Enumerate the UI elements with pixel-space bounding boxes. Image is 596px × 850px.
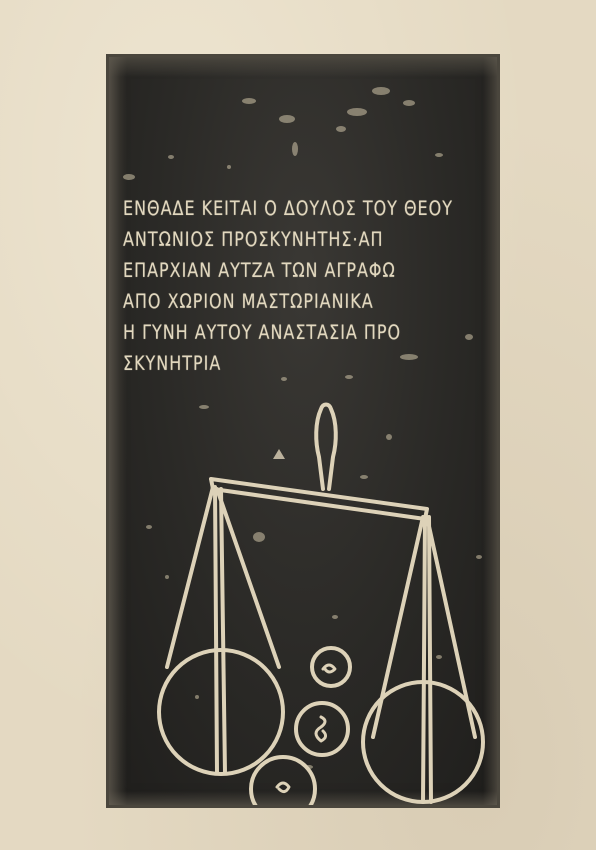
scale-beam-icon (211, 479, 427, 519)
inscribed-slab: ΕΝΘΑΔΕ ΚΕΙΤΑΙ Ο ΔΟΥΛΟΣ ΤΟΥ ΘΕΟΥ ΑΝΤΩΝΙΟΣ… (106, 54, 500, 808)
weight-circle-middle (296, 703, 348, 755)
weight-circle-bottom (251, 757, 315, 805)
left-scale-pan-icon (159, 650, 283, 774)
scale-handle-icon (316, 405, 336, 490)
balance-scale-carving (109, 57, 497, 805)
